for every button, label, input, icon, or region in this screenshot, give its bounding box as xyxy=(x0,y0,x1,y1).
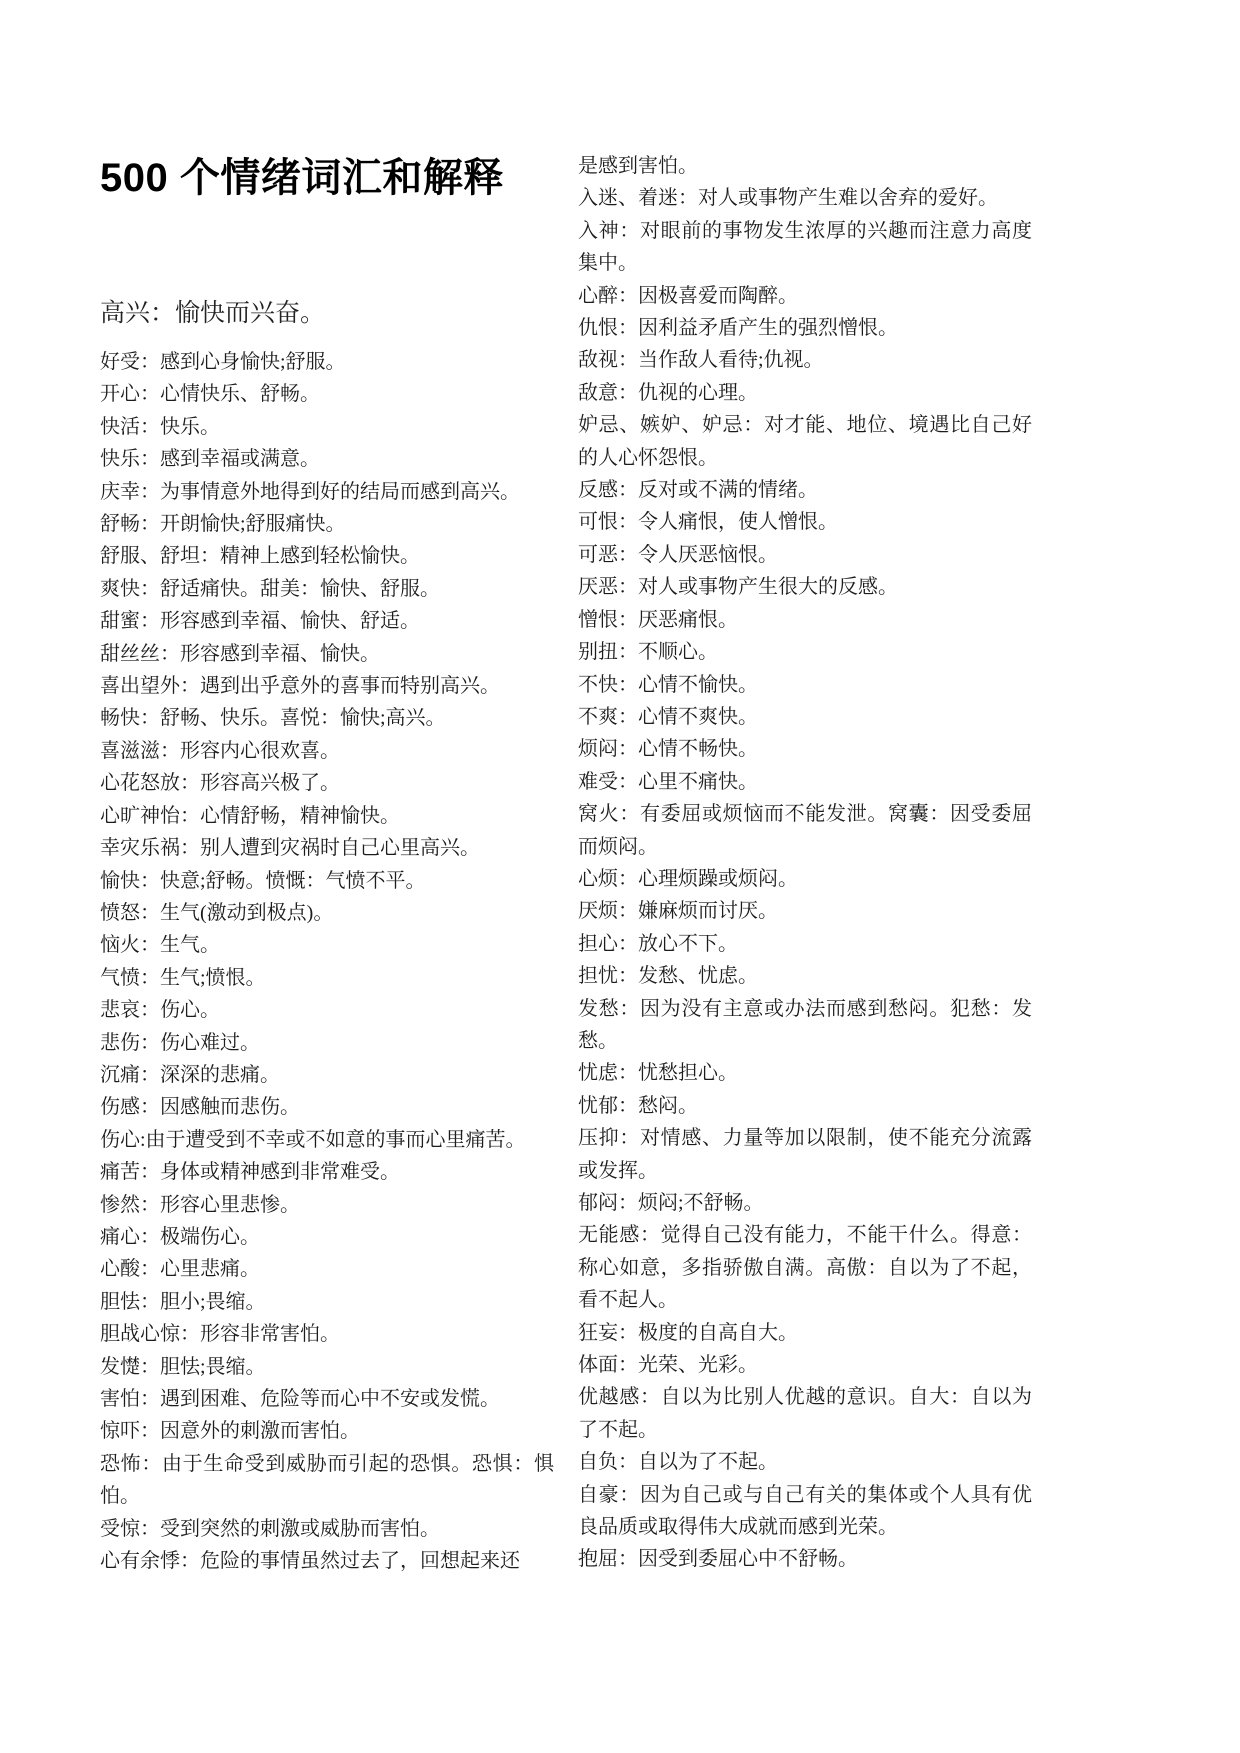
entry: 胆怯：胆小;畏缩。 xyxy=(100,1286,554,1318)
entry: 痛心：极端伤心。 xyxy=(100,1221,554,1253)
entry: 优越感：自以为比别人优越的意识。自大：自以为了不起。 xyxy=(578,1381,1032,1446)
entry: 喜出望外：遇到出乎意外的喜事而特别高兴。 xyxy=(100,670,554,702)
entry: 敌意：仇视的心理。 xyxy=(578,377,1032,409)
entry: 庆幸：为事情意外地得到好的结局而感到高兴。 xyxy=(100,476,554,508)
entry: 发愁：因为没有主意或办法而感到愁闷。犯愁：发愁。 xyxy=(578,993,1032,1058)
entry: 心有余悸：危险的事情虽然过去了，回想起来还 xyxy=(100,1545,554,1577)
entry: 爽快：舒适痛快。甜美：愉快、舒服。 xyxy=(100,573,554,605)
entry: 别扭：不顺心。 xyxy=(578,636,1032,668)
section-heading-happy: 高兴：愉快而兴奋。 xyxy=(100,296,554,330)
entry: 反感：反对或不满的情绪。 xyxy=(578,474,1032,506)
left-column: 500 个情绪词汇和解释 高兴：愉快而兴奋。 好受：感到心身愉快;舒服。开心：心… xyxy=(100,153,554,1577)
entry: 惨然：形容心里悲惨。 xyxy=(100,1189,554,1221)
entry: 幸灾乐祸：别人遭到灾祸时自己心里高兴。 xyxy=(100,832,554,864)
entry: 窝火：有委屈或烦恼而不能发泄。窝囊：因受委屈而烦闷。 xyxy=(578,798,1032,863)
entry: 入迷、着迷：对人或事物产生难以舍弃的爱好。 xyxy=(578,182,1032,214)
entry: 忧虑：忧愁担心。 xyxy=(578,1057,1032,1089)
entry: 心酸：心里悲痛。 xyxy=(100,1253,554,1285)
entry: 不快：心情不愉快。 xyxy=(578,669,1032,701)
entry: 压抑：对情感、力量等加以限制，使不能充分流露或发挥。 xyxy=(578,1122,1032,1187)
entry: 心醉：因极喜爱而陶醉。 xyxy=(578,280,1032,312)
entry: 伤感：因感触而悲伤。 xyxy=(100,1091,554,1123)
entry: 忧郁：愁闷。 xyxy=(578,1090,1032,1122)
entry: 好受：感到心身愉快;舒服。 xyxy=(100,346,554,378)
entry: 憎恨：厌恶痛恨。 xyxy=(578,604,1032,636)
right-column: 是感到害怕。入迷、着迷：对人或事物产生难以舍弃的爱好。入神：对眼前的事物发生浓厚… xyxy=(578,150,1032,1576)
entry: 害怕：遇到困难、危险等而心中不安或发慌。 xyxy=(100,1383,554,1415)
entry: 惊吓：因意外的刺激而害怕。 xyxy=(100,1415,554,1447)
entry: 妒忌、嫉妒、妒忌：对才能、地位、境遇比自己好的人心怀怨恨。 xyxy=(578,409,1032,474)
entry: 不爽：心情不爽快。 xyxy=(578,701,1032,733)
entry: 担忧：发愁、忧虑。 xyxy=(578,960,1032,992)
entry: 心烦：心理烦躁或烦闷。 xyxy=(578,863,1032,895)
entry: 烦闷：心情不畅快。 xyxy=(578,733,1032,765)
right-entries-list: 是感到害怕。入迷、着迷：对人或事物产生难以舍弃的爱好。入神：对眼前的事物发生浓厚… xyxy=(578,150,1032,1576)
entry: 是感到害怕。 xyxy=(578,150,1032,182)
entry: 快活：快乐。 xyxy=(100,411,554,443)
entry: 畅快：舒畅、快乐。喜悦：愉快;高兴。 xyxy=(100,702,554,734)
entry: 气愤：生气;愤恨。 xyxy=(100,962,554,994)
entry: 恼火：生气。 xyxy=(100,929,554,961)
entry: 喜滋滋：形容内心很欢喜。 xyxy=(100,735,554,767)
entry: 敌视：当作敌人看待;仇视。 xyxy=(578,344,1032,376)
entry: 胆战心惊：形容非常害怕。 xyxy=(100,1318,554,1350)
entry: 受惊：受到突然的刺激或威胁而害怕。 xyxy=(100,1513,554,1545)
left-entries-list: 好受：感到心身愉快;舒服。开心：心情快乐、舒畅。快活：快乐。快乐：感到幸福或满意… xyxy=(100,346,554,1577)
entry: 可恶：令人厌恶恼恨。 xyxy=(578,539,1032,571)
entry: 心旷神怡：心情舒畅，精神愉快。 xyxy=(100,800,554,832)
entry: 开心：心情快乐、舒畅。 xyxy=(100,378,554,410)
entry: 自负：自以为了不起。 xyxy=(578,1446,1032,1478)
entry: 恐怖：由于生命受到威胁而引起的恐惧。恐惧：惧怕。 xyxy=(100,1448,554,1513)
entry: 郁闷：烦闷;不舒畅。 xyxy=(578,1187,1032,1219)
entry: 舒服、舒坦：精神上感到轻松愉快。 xyxy=(100,540,554,572)
entry: 愤怒：生气(激动到极点)。 xyxy=(100,897,554,929)
entry: 仇恨：因利益矛盾产生的强烈憎恨。 xyxy=(578,312,1032,344)
entry: 抱屈：因受到委屈心中不舒畅。 xyxy=(578,1543,1032,1575)
entry: 厌烦：嫌麻烦而讨厌。 xyxy=(578,895,1032,927)
entry: 厌恶：对人或事物产生很大的反感。 xyxy=(578,571,1032,603)
entry: 狂妄：极度的自高自大。 xyxy=(578,1317,1032,1349)
entry: 舒畅：开朗愉快;舒服痛快。 xyxy=(100,508,554,540)
entry: 痛苦：身体或精神感到非常难受。 xyxy=(100,1156,554,1188)
entry: 悲哀：伤心。 xyxy=(100,994,554,1026)
entry: 甜蜜：形容感到幸福、愉快、舒适。 xyxy=(100,605,554,637)
entry: 担心：放心不下。 xyxy=(578,928,1032,960)
entry: 可恨：令人痛恨，使人憎恨。 xyxy=(578,506,1032,538)
entry: 快乐：感到幸福或满意。 xyxy=(100,443,554,475)
entry: 入神：对眼前的事物发生浓厚的兴趣而注意力高度集中。 xyxy=(578,215,1032,280)
page-title: 500 个情绪词汇和解释 xyxy=(100,153,554,203)
entry: 心花怒放：形容高兴极了。 xyxy=(100,767,554,799)
entry: 发憷：胆怯;畏缩。 xyxy=(100,1351,554,1383)
entry: 自豪：因为自己或与自己有关的集体或个人具有优良品质或取得伟大成就而感到光荣。 xyxy=(578,1479,1032,1544)
entry: 甜丝丝：形容感到幸福、愉快。 xyxy=(100,638,554,670)
entry: 体面：光荣、光彩。 xyxy=(578,1349,1032,1381)
entry: 伤心:由于遭受到不幸或不如意的事而心里痛苦。 xyxy=(100,1124,554,1156)
entry: 无能感：觉得自己没有能力，不能干什么。得意：称心如意，多指骄傲自满。高傲：自以为… xyxy=(578,1219,1032,1316)
entry: 愉快：快意;舒畅。愤慨：气愤不平。 xyxy=(100,865,554,897)
entry: 沉痛：深深的悲痛。 xyxy=(100,1059,554,1091)
entry: 悲伤：伤心难过。 xyxy=(100,1027,554,1059)
document-page: 500 个情绪词汇和解释 高兴：愉快而兴奋。 好受：感到心身愉快;舒服。开心：心… xyxy=(0,0,1240,1753)
entry: 难受：心里不痛快。 xyxy=(578,766,1032,798)
